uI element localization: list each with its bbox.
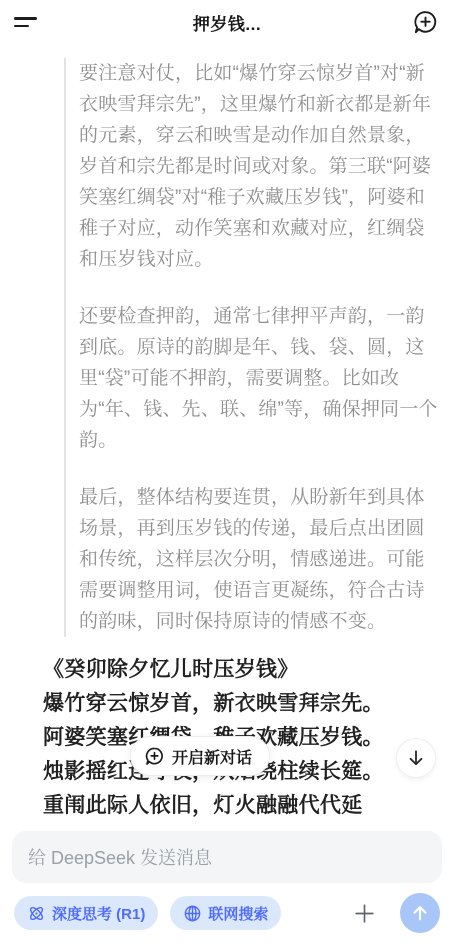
new-chat-button[interactable]: [410, 7, 440, 37]
attach-button[interactable]: [350, 899, 378, 927]
start-new-chat-label: 开启新对话: [172, 745, 252, 768]
up-arrow-icon: [410, 903, 430, 923]
chat-title: 押岁钱...: [193, 10, 261, 35]
deepthink-toggle[interactable]: 深度思考 (R1): [14, 896, 158, 930]
message-list[interactable]: 要注意对仗，比如“爆竹穿云惊岁首”对“新衣映雪拜宗先”，这里爆竹和新衣都是新年的…: [0, 44, 454, 827]
reasoning-paragraph: 要注意对仗，比如“爆竹穿云惊岁首”对“新衣映雪拜宗先”，这里爆竹和新衣都是新年的…: [79, 58, 438, 275]
deepthink-label: 深度思考 (R1): [52, 903, 145, 924]
poem-title: 《癸卯除夕忆儿时压岁钱》: [43, 653, 440, 687]
reasoning-paragraph: 还要检查押韵，通常七律押平声韵，一韵到底。原诗的韵脚是年、钱、袋、圆，这里“袋”…: [79, 301, 438, 456]
app-header: 押岁钱...: [0, 0, 454, 44]
reasoning-paragraph: 最后，整体结构要连贯，从盼新年到具体场景，再到压岁钱的传递，最后点出团圆和传统，…: [79, 482, 438, 637]
poem-line: 重闱此际人依旧，灯火融融代代延: [43, 789, 440, 823]
start-new-chat-button[interactable]: 开启新对话: [130, 736, 270, 776]
web-search-toggle[interactable]: 联网搜索: [170, 896, 281, 930]
chat-bubble-plus-icon: [144, 746, 165, 767]
menu-button[interactable]: [14, 7, 44, 37]
message-input[interactable]: 给 DeepSeek 发送消息: [12, 831, 442, 883]
down-arrow-icon: [406, 748, 426, 768]
web-search-label: 联网搜索: [208, 903, 268, 924]
input-placeholder: 给 DeepSeek 发送消息: [28, 844, 212, 870]
composer-toolbar: 深度思考 (R1) 联网搜索: [14, 893, 440, 933]
send-button[interactable]: [400, 893, 440, 933]
atom-icon: [27, 904, 46, 923]
globe-icon: [183, 904, 202, 923]
composer: 给 DeepSeek 发送消息 深度思考 (R1) 联网搜索: [0, 827, 454, 947]
reasoning-block: 要注意对仗，比如“爆竹穿云惊岁首”对“新衣映雪拜宗先”，这里爆竹和新衣都是新年的…: [64, 58, 438, 637]
chat-bubble-plus-icon: [412, 9, 439, 36]
plus-icon: [352, 901, 377, 926]
poem-line: 爆竹穿云惊岁首，新衣映雪拜宗先。: [43, 687, 440, 721]
scroll-to-bottom-button[interactable]: [396, 738, 436, 778]
hamburger-icon: [14, 17, 37, 20]
floating-controls: 开启新对话: [0, 736, 454, 778]
